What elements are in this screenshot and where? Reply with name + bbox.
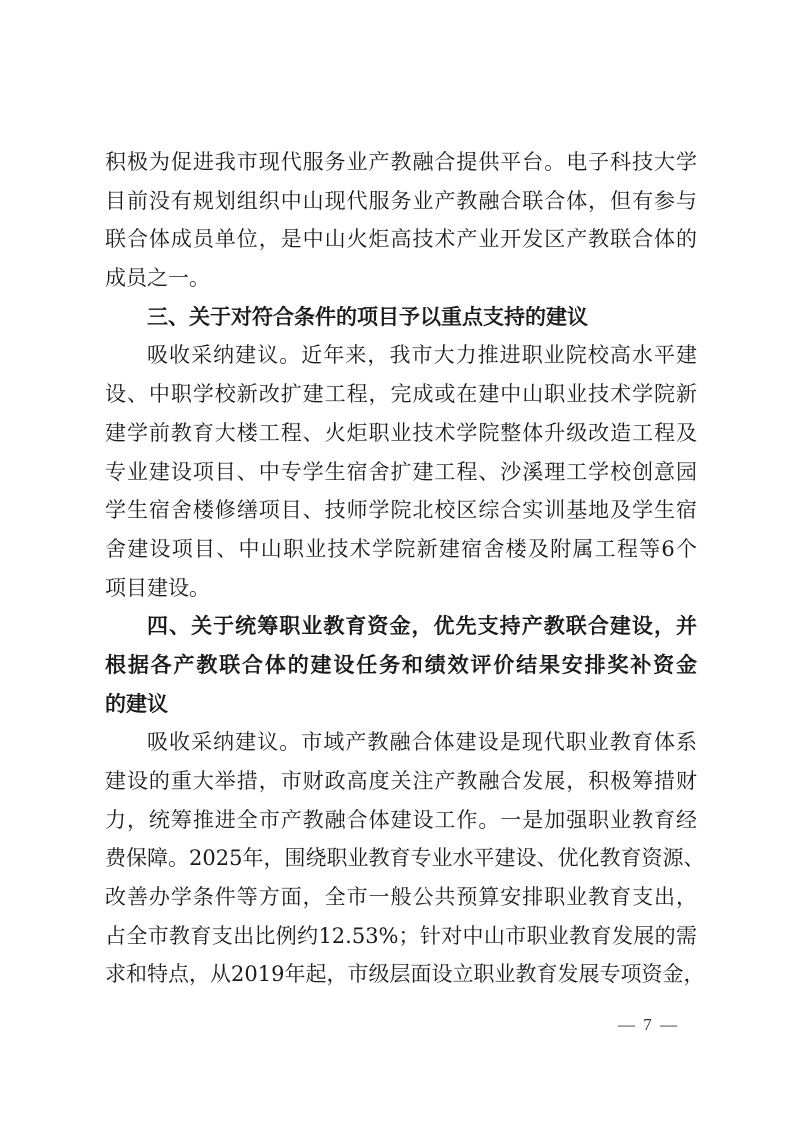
text-line: 积极为促进我市现代服务业产教融合提供平台。电子科技大学: [105, 143, 697, 182]
section-heading-3: 三、关于对符合条件的项目予以重点支持的建议: [105, 298, 697, 337]
text-line: 设、中职学校新改扩建工程，完成或在建中山职业技术学院新: [105, 375, 697, 414]
paragraph-section-3: 吸收采纳建议。近年来，我市大力推进职业院校高水平建 设、中职学校新改扩建工程，完…: [105, 336, 697, 607]
paragraph-section-4: 吸收采纳建议。市域产教融合体建设是现代职业教育体系 建设的重大举措，市财政高度关…: [105, 723, 697, 994]
text-line: 力，统筹推进全市产教融合体建设工作。一是加强职业教育经: [105, 801, 697, 840]
text-line: 成员之一。: [105, 259, 697, 298]
text-line: 建学前教育大楼工程、火炬职业技术学院整体升级改造工程及: [105, 414, 697, 453]
text-line: 目前没有规划组织中山现代服务业产教融合联合体，但有参与: [105, 182, 697, 221]
text-line: 项目建设。: [105, 569, 697, 608]
text-line: 专业建设项目、中专学生宿舍扩建工程、沙溪理工学校创意园: [105, 453, 697, 492]
text-line: 吸收采纳建议。市域产教融合体建设是现代职业教育体系: [105, 723, 697, 762]
paragraph-continuation: 积极为促进我市现代服务业产教融合提供平台。电子科技大学 目前没有规划组织中山现代…: [105, 143, 697, 298]
text-line: 改善办学条件等方面，全市一般公共预算安排职业教育支出，: [105, 878, 697, 917]
document-body: 积极为促进我市现代服务业产教融合提供平台。电子科技大学 目前没有规划组织中山现代…: [105, 143, 697, 994]
text-line: 建设的重大举措，市财政高度关注产教融合发展，积极筹措财: [105, 762, 697, 801]
section-heading-4: 四、关于统筹职业教育资金，优先支持产教联合建设，并 根据各产教联合体的建设任务和…: [105, 607, 697, 723]
heading-line: 的建议: [105, 685, 697, 724]
heading-line: 四、关于统筹职业教育资金，优先支持产教联合建设，并: [105, 607, 697, 646]
text-line: 费保障。2025年，围绕职业教育专业水平建设、优化教育资源、: [105, 839, 697, 878]
text-line: 占全市教育支出比例约12.53%；针对中山市职业教育发展的需: [105, 917, 697, 956]
heading-line: 三、关于对符合条件的项目予以重点支持的建议: [105, 298, 697, 337]
text-line: 求和特点，从2019年起，市级层面设立职业教育发展专项资金，: [105, 955, 697, 994]
text-line: 吸收采纳建议。近年来，我市大力推进职业院校高水平建: [105, 336, 697, 375]
page-number: — 7 —: [618, 1015, 679, 1035]
text-line: 舍建设项目、中山职业技术学院新建宿舍楼及附属工程等6个: [105, 530, 697, 569]
text-line: 联合体成员单位，是中山火炬高技术产业开发区产教联合体的: [105, 220, 697, 259]
document-page: 积极为促进我市现代服务业产教融合提供平台。电子科技大学 目前没有规划组织中山现代…: [0, 0, 800, 1131]
heading-line: 根据各产教联合体的建设任务和绩效评价结果安排奖补资金: [105, 646, 697, 685]
text-line: 学生宿舍楼修缮项目、技师学院北校区综合实训基地及学生宿: [105, 491, 697, 530]
